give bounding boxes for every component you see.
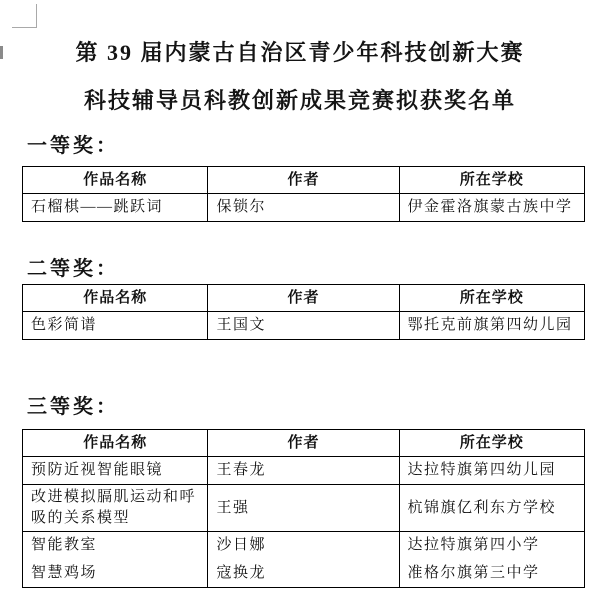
margin-crop-mark (12, 4, 37, 28)
column-header-author: 作者 (208, 167, 399, 194)
cell-work-title: 智能教室 (23, 532, 208, 560)
document-title-line2: 科技辅导员科教创新成果竞赛拟获奖名单 (0, 84, 600, 115)
table-row: 石榴棋——跳跃词 保锁尔 伊金霍洛旗蒙古族中学 (23, 194, 585, 222)
first-prize-table: 作品名称 作者 所在学校 石榴棋——跳跃词 保锁尔 伊金霍洛旗蒙古族中学 (22, 166, 585, 222)
second-prize-table: 作品名称 作者 所在学校 色彩简谱 王国文 鄂托克前旗第四幼儿园 (22, 284, 585, 340)
cell-work-title: 预防近视智能眼镜 (23, 457, 208, 485)
column-header-author: 作者 (208, 285, 399, 312)
cell-author: 沙日娜 (208, 532, 399, 560)
cell-work-title: 色彩简谱 (23, 312, 208, 340)
document-page: 第 39 届内蒙古自治区青少年科技创新大赛 科技辅导员科教创新成果竞赛拟获奖名单… (0, 0, 600, 600)
cell-work-title: 改进模拟膈肌运动和呼吸的关系模型 (23, 485, 208, 532)
cell-author: 王春龙 (208, 457, 399, 485)
section-heading-third-prize: 三等奖： (27, 390, 119, 419)
table-row: 色彩简谱 王国文 鄂托克前旗第四幼儿园 (23, 312, 585, 340)
document-title-line1: 第 39 届内蒙古自治区青少年科技创新大赛 (0, 36, 600, 67)
table-row: 预防近视智能眼镜 王春龙 达拉特旗第四幼儿园 (23, 457, 585, 485)
cell-author: 王强 (208, 485, 399, 532)
column-header-author: 作者 (208, 430, 399, 457)
cell-author: 寇换龙 (208, 560, 399, 588)
table-row: 智能教室 沙日娜 达拉特旗第四小学 (23, 532, 585, 560)
column-header-school: 所在学校 (399, 285, 584, 312)
column-header-school: 所在学校 (399, 167, 584, 194)
column-header-work-title: 作品名称 (23, 167, 208, 194)
cell-school: 鄂托克前旗第四幼儿园 (399, 312, 584, 340)
third-prize-table: 作品名称 作者 所在学校 预防近视智能眼镜 王春龙 达拉特旗第四幼儿园 改进模拟… (22, 429, 585, 588)
column-header-work-title: 作品名称 (23, 285, 208, 312)
table-header-row: 作品名称 作者 所在学校 (23, 167, 585, 194)
cell-work-title: 智慧鸡场 (23, 560, 208, 588)
table-row: 智慧鸡场 寇换龙 准格尔旗第三中学 (23, 560, 585, 588)
cell-school: 伊金霍洛旗蒙古族中学 (399, 194, 584, 222)
cell-author: 保锁尔 (208, 194, 399, 222)
table-header-row: 作品名称 作者 所在学校 (23, 430, 585, 457)
cell-school: 达拉特旗第四小学 (399, 532, 584, 560)
section-heading-first-prize: 一等奖： (27, 129, 119, 158)
cell-author: 王国文 (208, 312, 399, 340)
column-header-school: 所在学校 (399, 430, 584, 457)
table-header-row: 作品名称 作者 所在学校 (23, 285, 585, 312)
cell-school: 杭锦旗亿利东方学校 (399, 485, 584, 532)
cell-school: 准格尔旗第三中学 (399, 560, 584, 588)
cell-work-title: 石榴棋——跳跃词 (23, 194, 208, 222)
section-heading-second-prize: 二等奖： (27, 252, 119, 281)
cell-school: 达拉特旗第四幼儿园 (399, 457, 584, 485)
column-header-work-title: 作品名称 (23, 430, 208, 457)
table-row: 改进模拟膈肌运动和呼吸的关系模型 王强 杭锦旗亿利东方学校 (23, 485, 585, 532)
